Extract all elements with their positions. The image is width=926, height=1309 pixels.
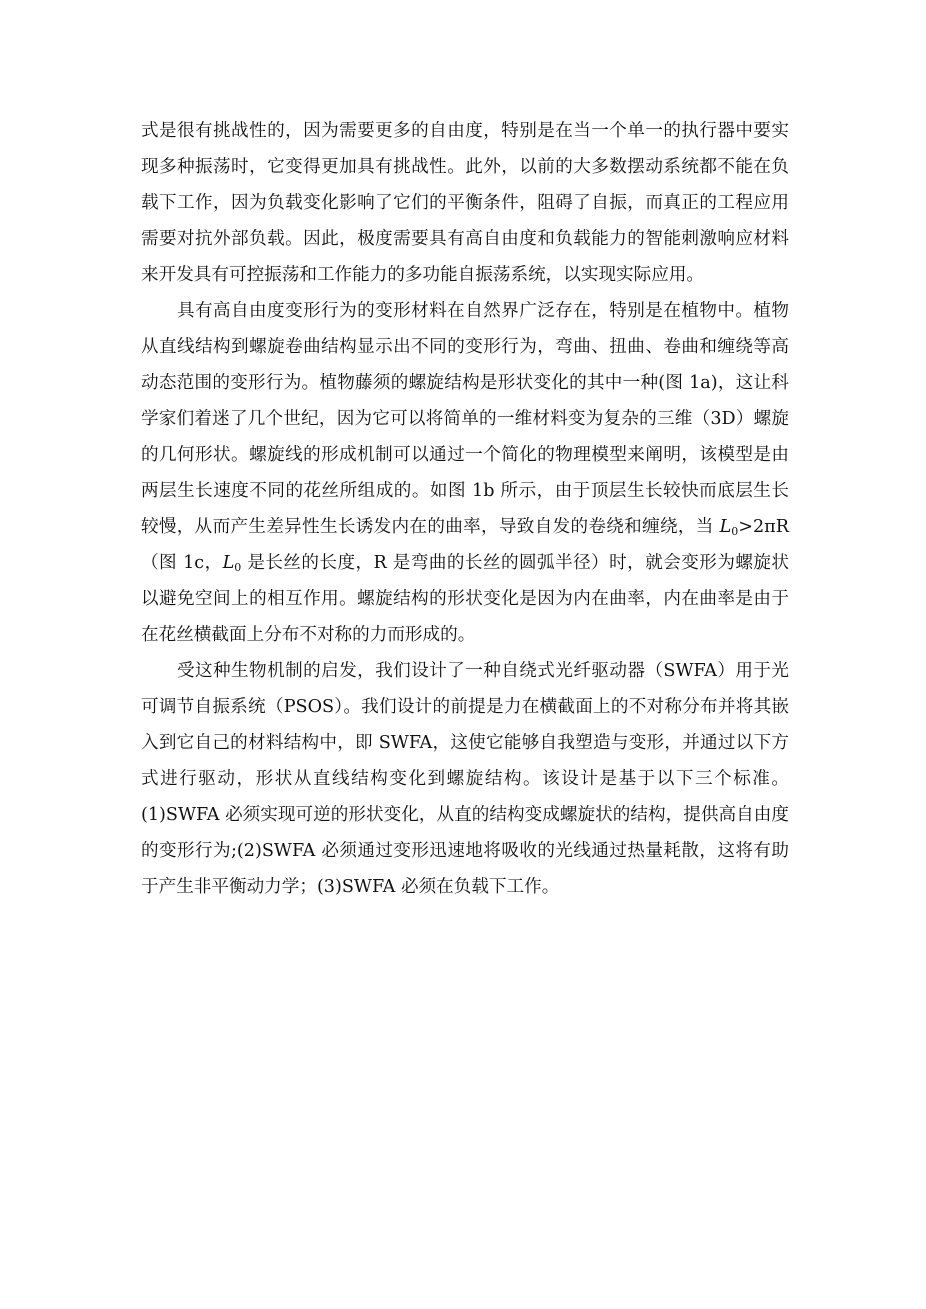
paragraph-2-text-a: 具有高自由度变形行为的变形材料在自然界广泛存在，特别是在植物中。植物从直线结构到… [141,301,789,537]
paragraph-3: 受这种生物机制的启发，我们设计了一种自绕式光纤驱动器（SWFA）用于光可调节自振… [141,653,789,905]
symbol-L0-second: L [223,553,235,573]
symbol-L0-first: L [720,517,732,537]
paragraph-1: 式是很有挑战性的，因为需要更多的自由度，特别是在当一个单一的执行器中要实现多种振… [141,113,789,293]
paragraph-1-text: 式是很有挑战性的，因为需要更多的自由度，特别是在当一个单一的执行器中要实现多种振… [141,121,789,285]
document-page: 式是很有挑战性的，因为需要更多的自由度，特别是在当一个单一的执行器中要实现多种振… [141,113,789,905]
paragraph-2: 具有高自由度变形行为的变形材料在自然界广泛存在，特别是在植物中。植物从直线结构到… [141,293,789,653]
paragraph-3-text: 受这种生物机制的启发，我们设计了一种自绕式光纤驱动器（SWFA）用于光可调节自振… [141,661,789,897]
